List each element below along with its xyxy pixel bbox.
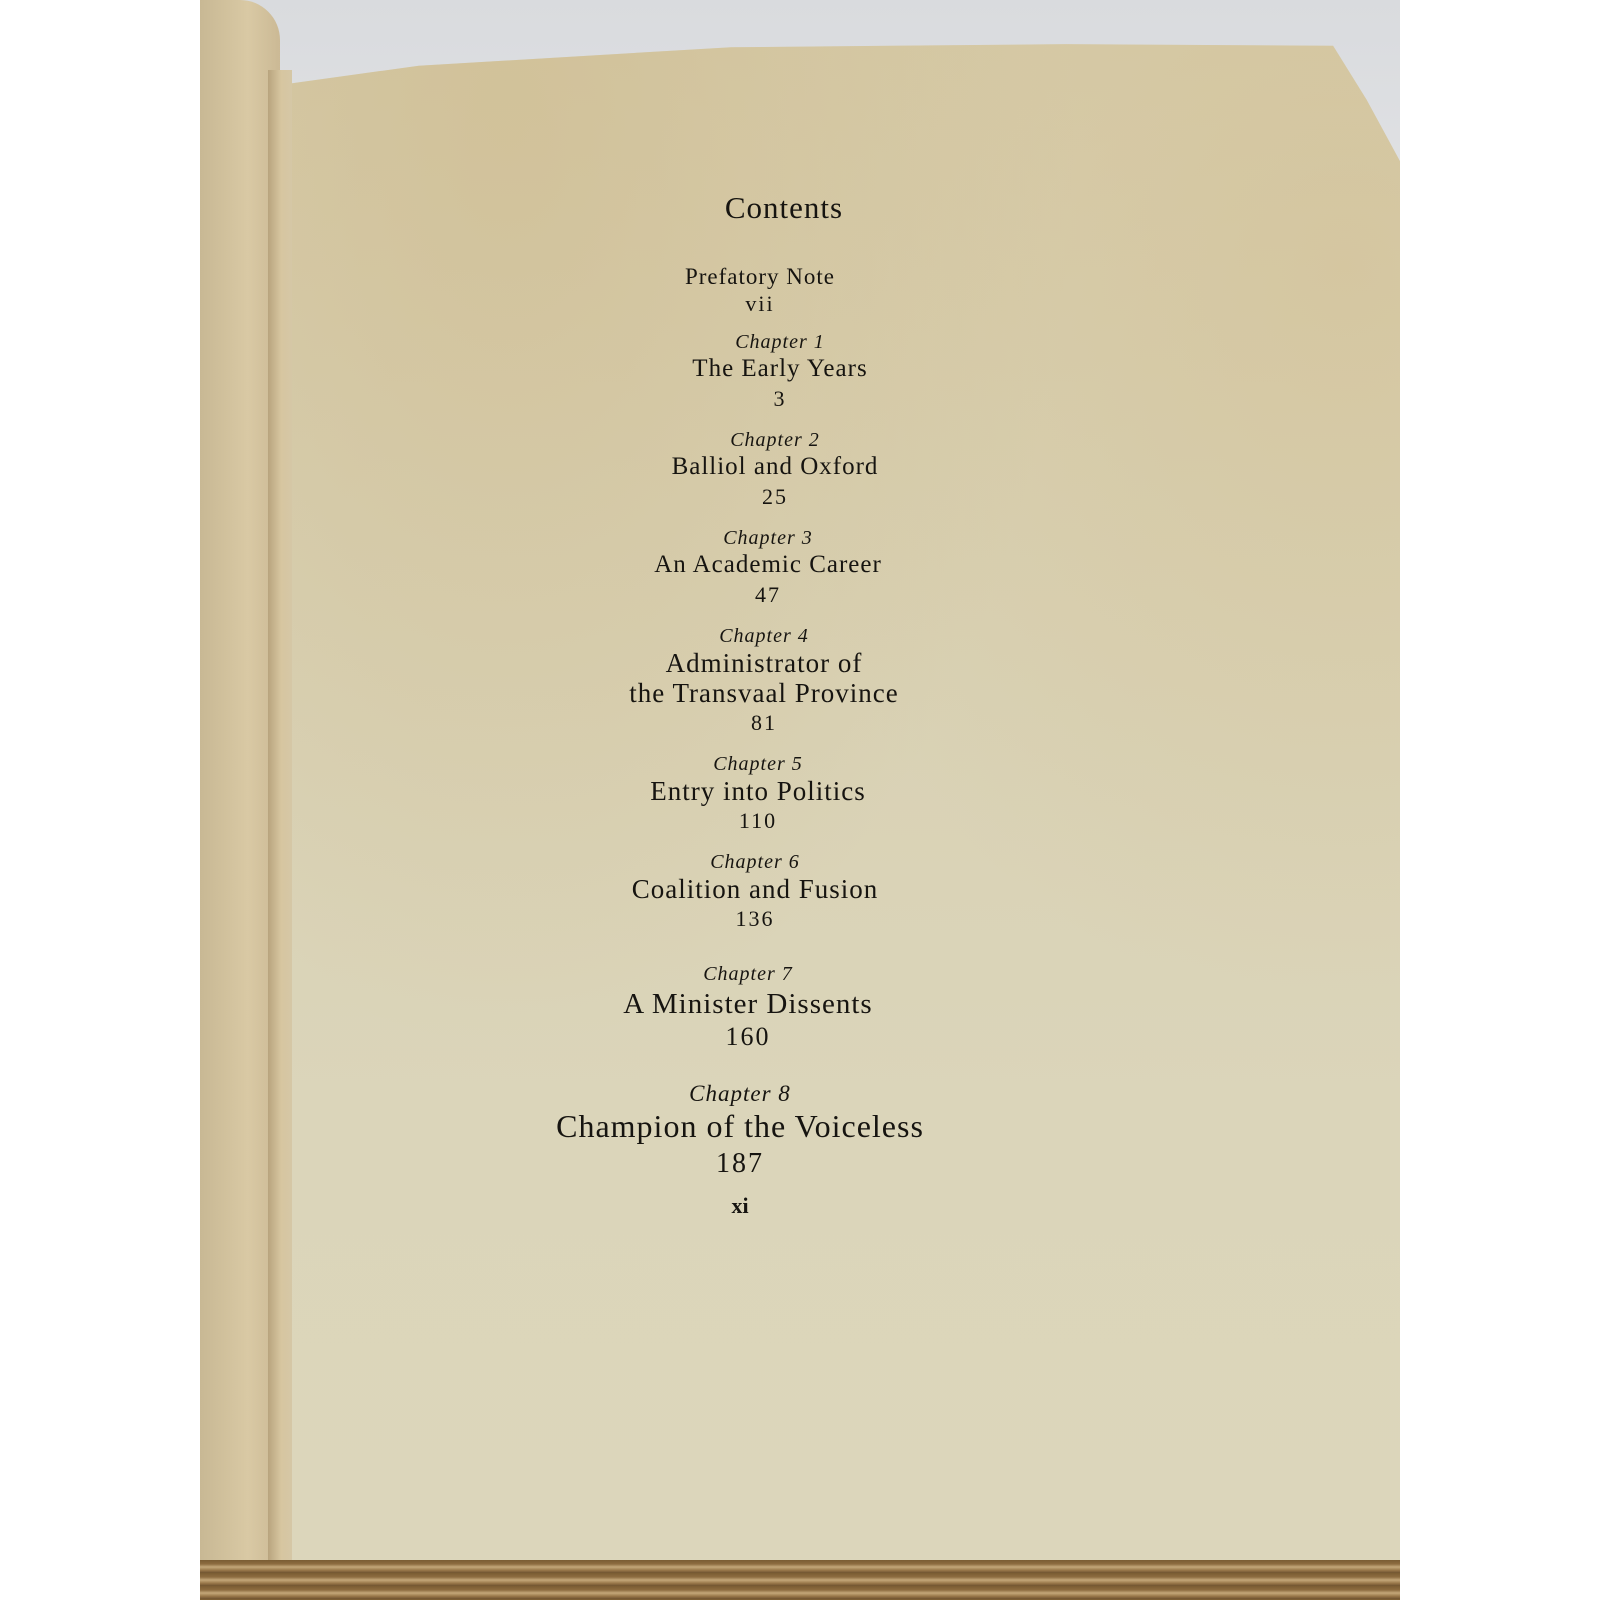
toc-entry-chapter-8: Chapter 8 Champion of the Voiceless 187 [460,1082,1020,1182]
entry-title: An Academic Career [488,550,1048,580]
toc-entry-chapter-4: Chapter 4 Administrator of the Transvaal… [484,624,1044,738]
entry-title-line-2: the Transvaal Province [484,678,1044,708]
entry-title: Coalition and Fusion [475,874,1035,904]
toc-entry-chapter-5: Chapter 5 Entry into Politics 110 [478,752,1038,836]
toc-entry-chapter-7: Chapter 7 A Minister Dissents 160 [468,962,1028,1052]
entry-page-number: 187 [460,1146,1020,1182]
entry-title: Prefatory Note [480,262,1040,292]
toc-entry-prefatory-note: Prefatory Note vii [480,262,1040,316]
chapter-label: Chapter 3 [488,526,1048,550]
entry-page-number: 3 [500,384,1060,414]
entry-page-number: vii [480,292,1040,316]
entry-page-number: 160 [468,1022,1028,1052]
entry-title: Champion of the Voiceless [460,1106,1020,1146]
entry-title: Balliol and Oxford [495,452,1055,482]
entry-title-line-1: Administrator of [484,648,1044,678]
page-folio-number: xi [460,1196,1020,1216]
book-gutter [268,70,292,1600]
chapter-label: Chapter 1 [500,330,1060,354]
entry-title: The Early Years [500,354,1060,384]
entry-page-number: 136 [475,904,1035,934]
toc-entry-chapter-3: Chapter 3 An Academic Career 47 [488,526,1048,610]
entry-title: A Minister Dissents [468,986,1028,1022]
chapter-label: Chapter 7 [468,962,1028,986]
page-title: Contents [504,190,1064,226]
chapter-label: Chapter 6 [475,850,1035,874]
entry-page-number: 25 [495,482,1055,512]
toc-entry-chapter-6: Chapter 6 Coalition and Fusion 136 [475,850,1035,934]
entry-page-number: 47 [488,580,1048,610]
chapter-label: Chapter 5 [478,752,1038,776]
entry-page-number: 110 [478,806,1038,836]
entry-title: Entry into Politics [478,776,1038,806]
book-photo: Contents Prefatory Note vii Chapter 1 Th… [0,0,1600,1600]
chapter-label: Chapter 8 [460,1082,1020,1106]
table-of-contents: Contents Prefatory Note vii Chapter 1 Th… [480,190,1040,1216]
entry-page-number: 81 [484,708,1044,738]
chapter-label: Chapter 4 [484,624,1044,648]
toc-entry-chapter-1: Chapter 1 The Early Years 3 [500,330,1060,414]
chapter-label: Chapter 2 [495,428,1055,452]
toc-entry-chapter-2: Chapter 2 Balliol and Oxford 25 [495,428,1055,512]
page-block-edge [200,1560,1400,1600]
